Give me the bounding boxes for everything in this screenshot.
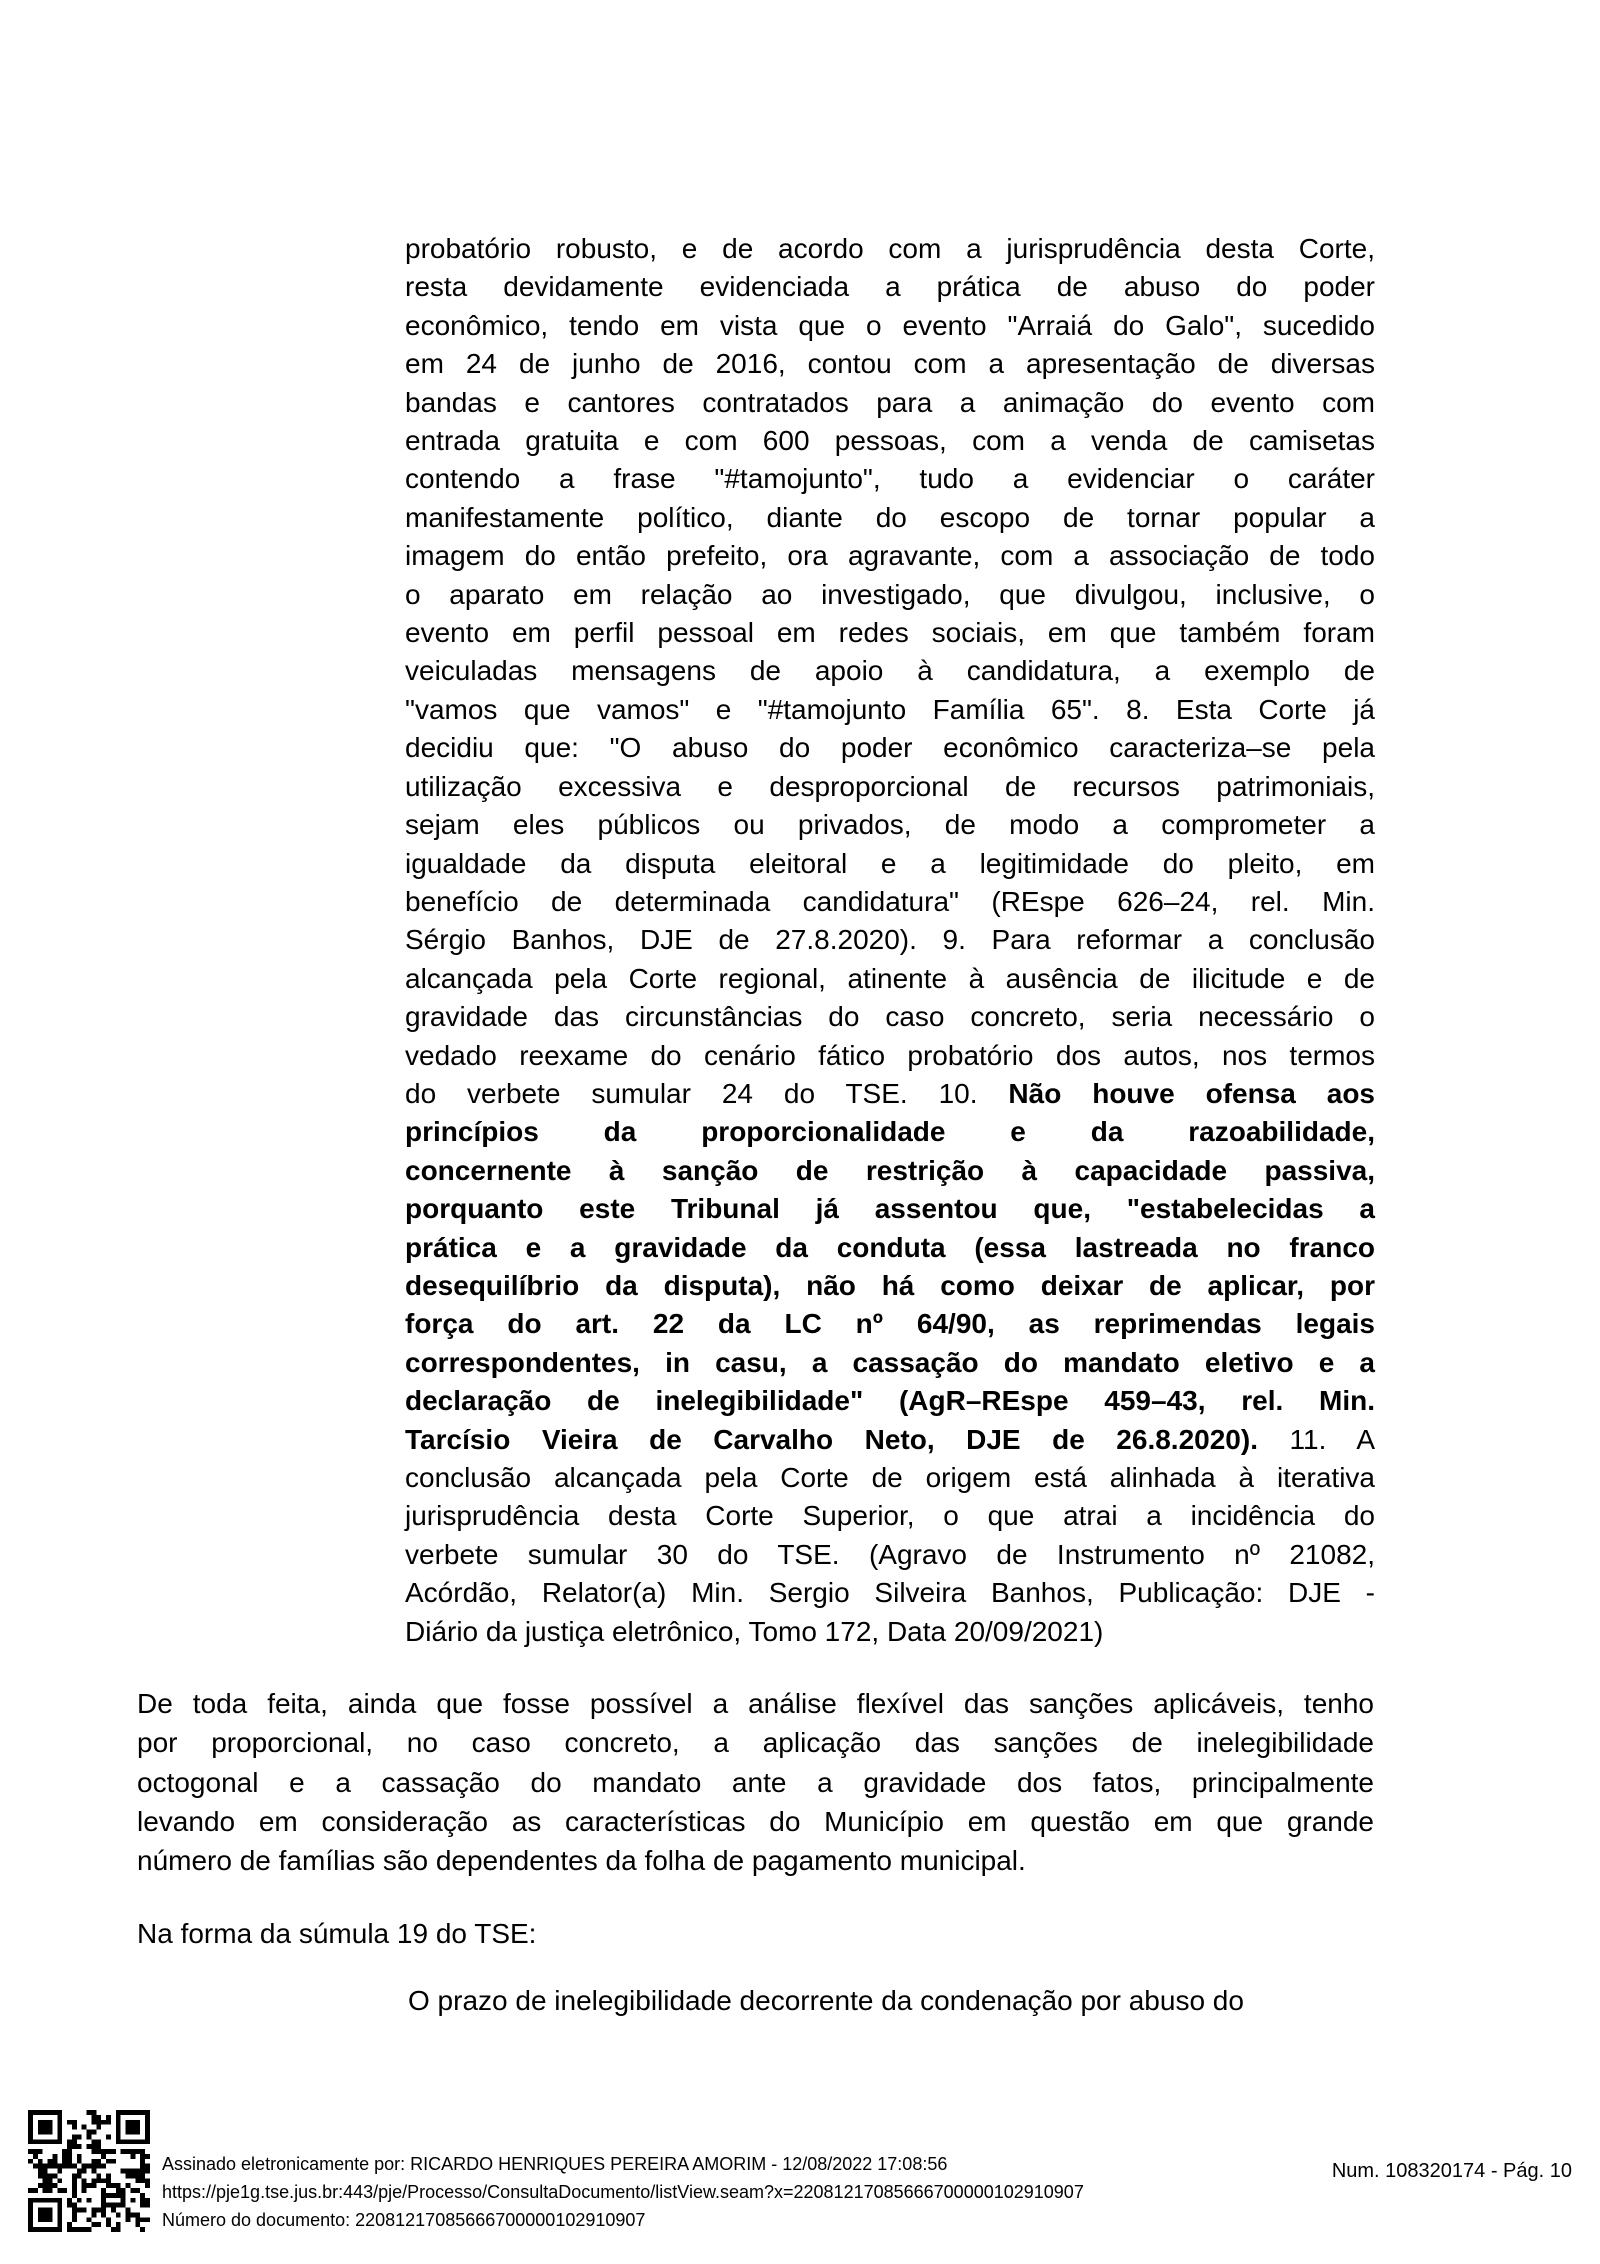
text-line: o aparato em relação ao investigado, que…: [405, 576, 1375, 614]
text-line: verbete sumular 30 do TSE. (Agravo de In…: [405, 1536, 1375, 1574]
text-line: em 24 de junho de 2016, contou com a apr…: [405, 345, 1375, 383]
text-line: concernente à sanção de restrição à capa…: [405, 1152, 1375, 1190]
text-line: Diário da justiça eletrônico, Tomo 172, …: [405, 1613, 1375, 1651]
text-line: Tarcísio Vieira de Carvalho Neto, DJE de…: [405, 1421, 1375, 1459]
document-number: Número do documento: 2208121708566670000…: [162, 2206, 1084, 2234]
text-line: entrada gratuita e com 600 pessoas, com …: [405, 422, 1375, 460]
text-line: desequilíbrio da disputa), não há como d…: [405, 1267, 1375, 1305]
text-line: do verbete sumular 24 do TSE. 10. Não ho…: [405, 1075, 1375, 1113]
text-line: "vamos que vamos" e "#tamojunto Família …: [405, 691, 1375, 729]
text-line: declaração de inelegibilidade" (AgR–REsp…: [405, 1382, 1375, 1420]
text-line: Sérgio Banhos, DJE de 27.8.2020). 9. Par…: [405, 921, 1375, 959]
text-line: imagem do então prefeito, ora agravante,…: [405, 537, 1375, 575]
paragraph-na-forma: Na forma da súmula 19 do TSE:: [137, 1915, 536, 1953]
text-line: alcançada pela Corte regional, atinente …: [405, 960, 1375, 998]
text-line: decidiu que: "O abuso do poder econômico…: [405, 729, 1375, 767]
text-line: probatório robusto, e de acordo com a ju…: [405, 230, 1375, 268]
text-line: manifestamente político, diante do escop…: [405, 499, 1375, 537]
text-line: Acórdão, Relator(a) Min. Sergio Silveira…: [405, 1574, 1375, 1612]
text-line: gravidade das circunstâncias do caso con…: [405, 998, 1375, 1036]
signature-line: Assinado eletronicamente por: RICARDO HE…: [162, 2150, 1084, 2178]
text-line: vedado reexame do cenário fático probató…: [405, 1037, 1375, 1075]
text-line: veiculadas mensagens de apoio à candidat…: [405, 652, 1375, 690]
text-line: correspondentes, in casu, a cassação do …: [405, 1344, 1375, 1382]
text-line: força do art. 22 da LC nº 64/90, as repr…: [405, 1305, 1375, 1343]
text-line: contendo a frase "#tamojunto", tudo a ev…: [405, 460, 1375, 498]
text-line: De toda feita, ainda que fosse possível …: [137, 1684, 1374, 1723]
paragraph-de-toda-feita: De toda feita, ainda que fosse possível …: [137, 1684, 1374, 1880]
text-line: porquanto este Tribunal já assentou que,…: [405, 1190, 1375, 1228]
signature-block: Assinado eletronicamente por: RICARDO HE…: [162, 2150, 1084, 2234]
text-line: igualdade da disputa eleitoral e a legit…: [405, 845, 1375, 883]
sumula-quote-first-line: O prazo de inelegibilidade decorrente da…: [408, 1982, 1244, 2020]
text-line: utilização excessiva e desproporcional d…: [405, 768, 1375, 806]
text-line: jurisprudência desta Corte Superior, o q…: [405, 1497, 1375, 1535]
document-url: https://pje1g.tse.jus.br:443/pje/Process…: [162, 2178, 1084, 2206]
text-line: conclusão alcançada pela Corte de origem…: [405, 1459, 1375, 1497]
qr-code-icon: [28, 2110, 150, 2232]
text-line: número de famílias são dependentes da fo…: [137, 1841, 1374, 1880]
text-line: resta devidamente evidenciada a prática …: [405, 268, 1375, 306]
text-line: prática e a gravidade da conduta (essa l…: [405, 1229, 1375, 1267]
text-line: sejam eles públicos ou privados, de modo…: [405, 806, 1375, 844]
page-number: Num. 108320174 - Pág. 10: [1332, 2160, 1572, 2183]
text-line: evento em perfil pessoal em redes sociai…: [405, 614, 1375, 652]
text-line: benefício de determinada candidatura" (R…: [405, 883, 1375, 921]
text-line: octogonal e a cassação do mandato ante a…: [137, 1763, 1374, 1802]
text-line: levando em consideração as característic…: [137, 1802, 1374, 1841]
document-page: probatório robusto, e de acordo com a ju…: [0, 0, 1600, 2264]
text-line: por proporcional, no caso concreto, a ap…: [137, 1723, 1374, 1762]
text-line: econômico, tendo em vista que o evento "…: [405, 307, 1375, 345]
jurisprudence-quote-block: probatório robusto, e de acordo com a ju…: [405, 230, 1375, 1651]
text-line: princípios da proporcionalidade e da raz…: [405, 1113, 1375, 1151]
text-line: bandas e cantores contratados para a ani…: [405, 384, 1375, 422]
